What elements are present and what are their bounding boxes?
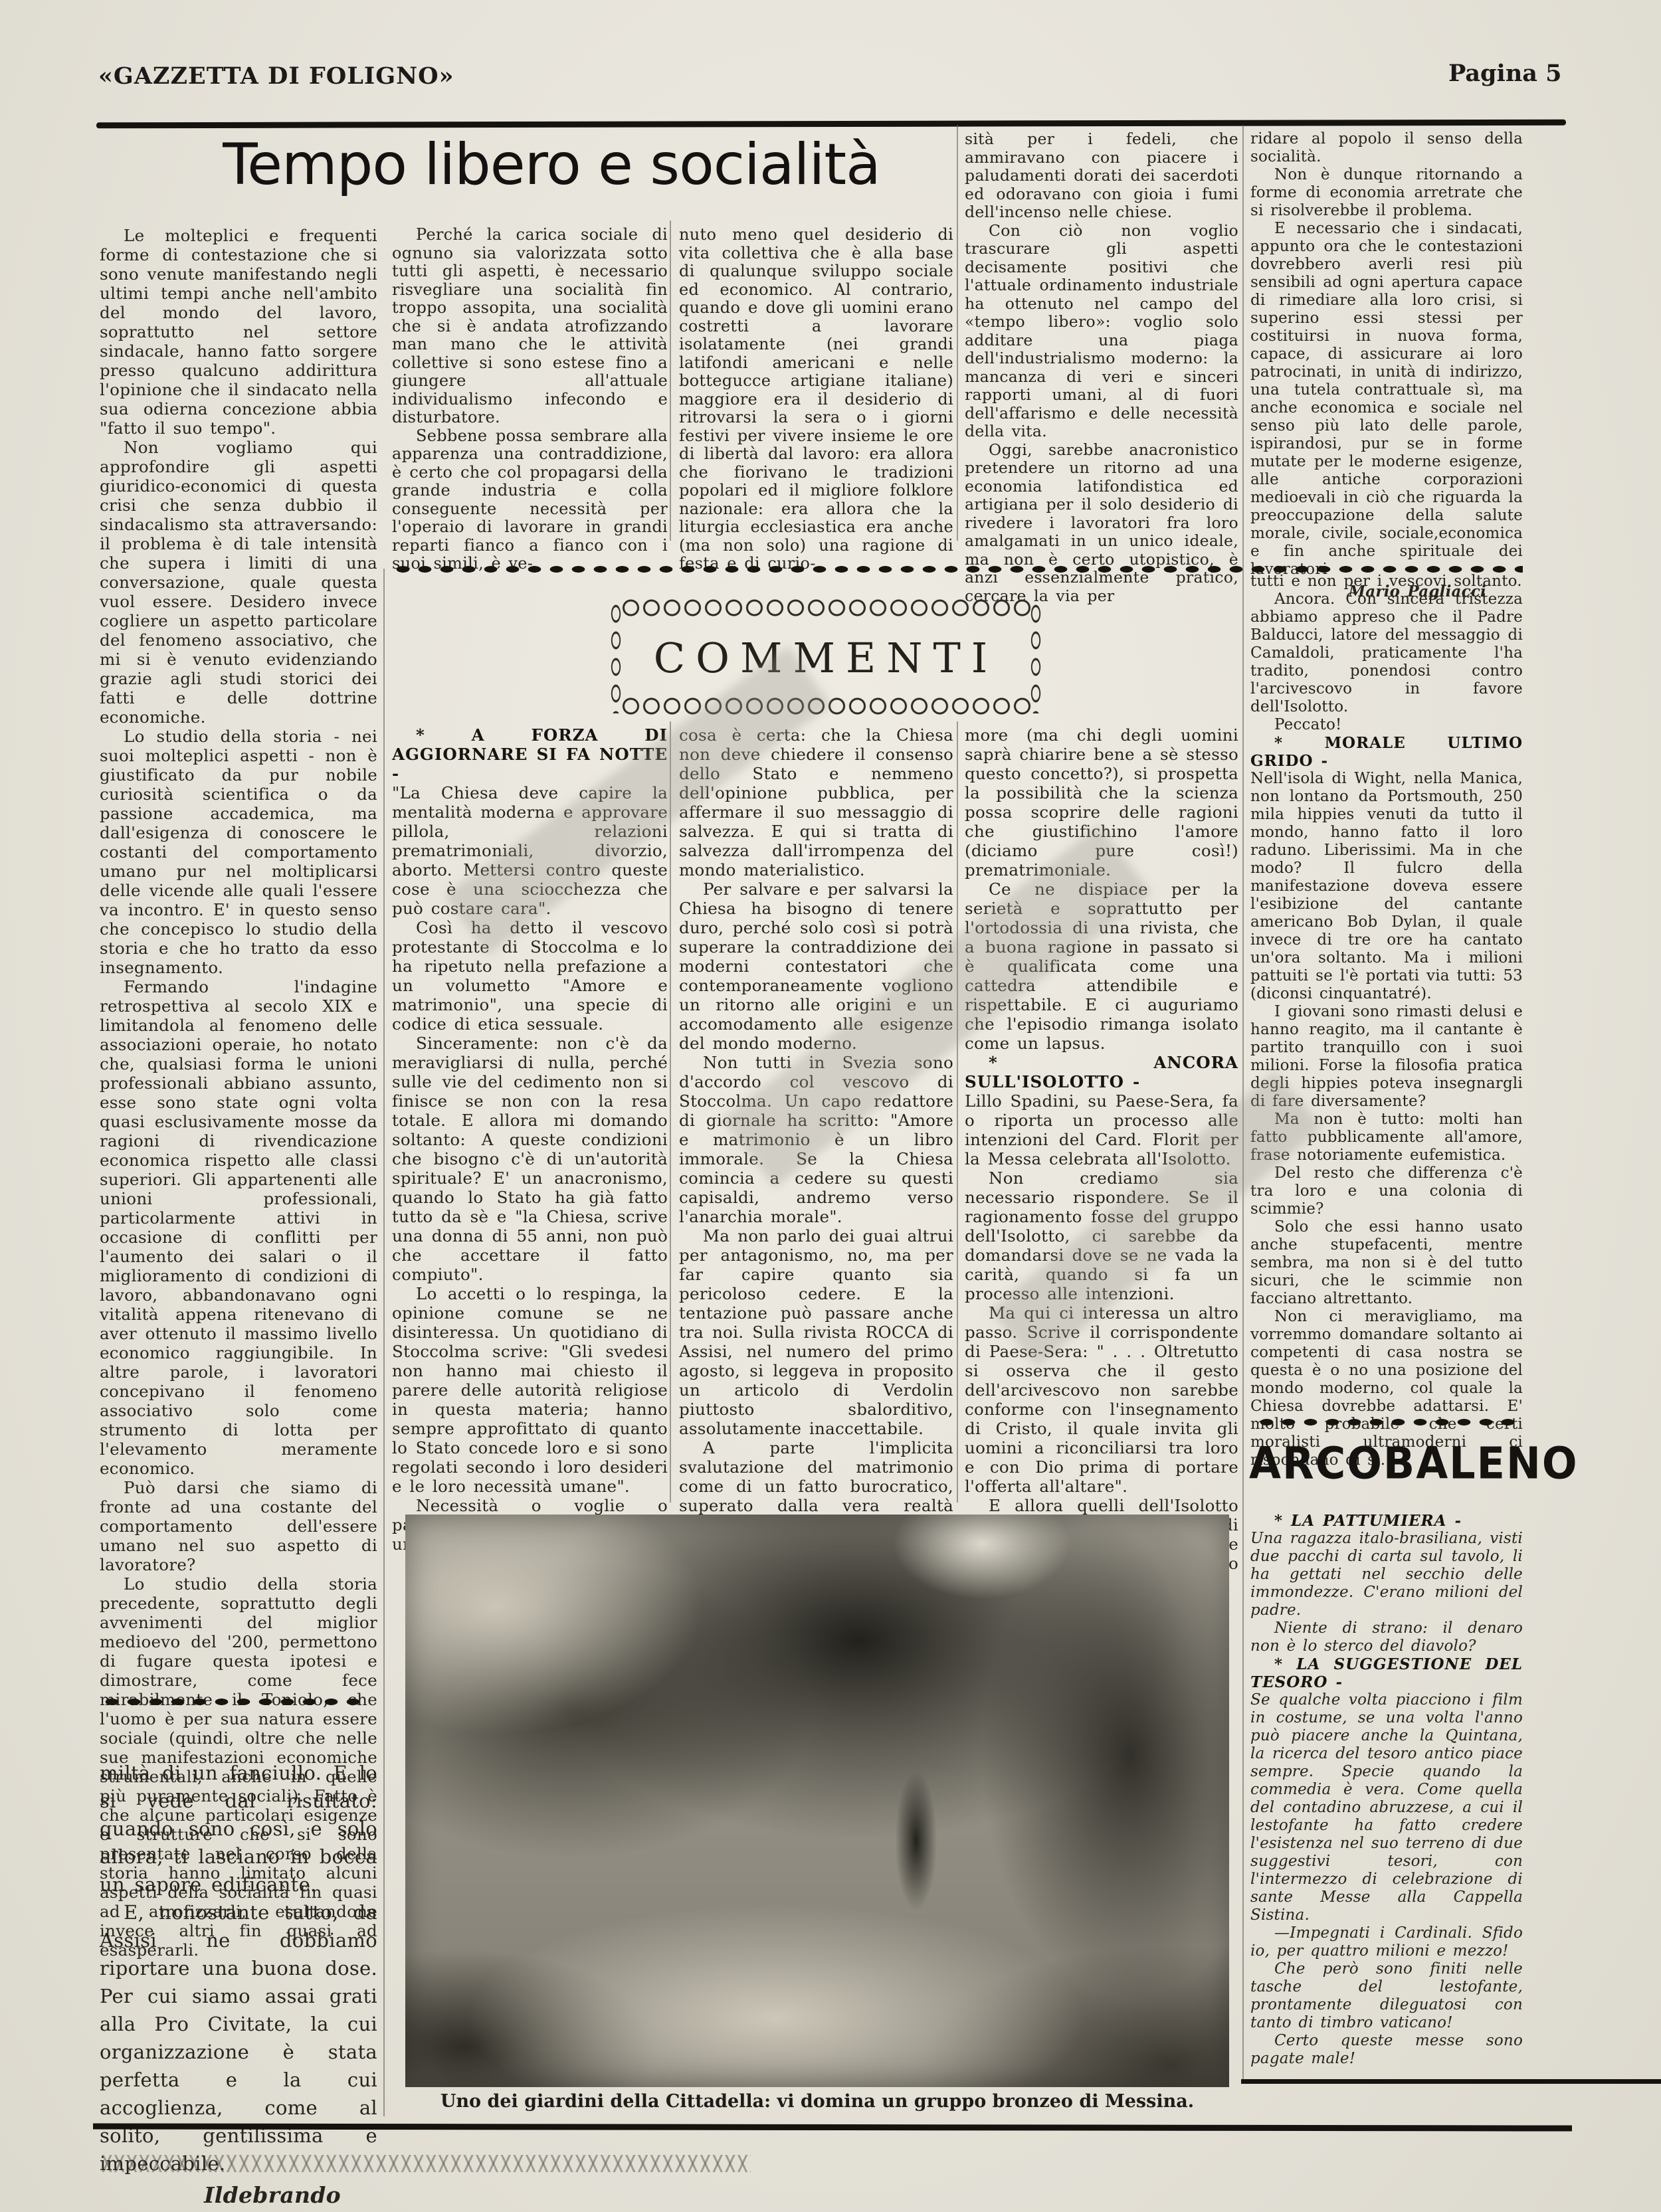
article-column-5: ridare al popolo il senso della socialit…: [1250, 130, 1523, 600]
torn-edge-marks: [100, 2155, 751, 2172]
paragraph: E, nonostante tutto, da Assisi ne dobbia…: [100, 1898, 377, 2177]
paragraph: ridare al popolo il senso della socialit…: [1250, 130, 1523, 166]
paragraph: Solo che essi hanno usato anche stupefac…: [1250, 1218, 1523, 1308]
paragraph: Ma qui ci interessa un altro passo. Scri…: [965, 1303, 1238, 1496]
ovals-divider: [1256, 1416, 1521, 1428]
masthead: «GAZZETTA DI FOLIGNO»: [98, 62, 454, 90]
photo-caption: Uno dei giardini della Cittadella: vi do…: [405, 2091, 1229, 2112]
paragraph: Lo studio della storia - nei suoi moltep…: [100, 727, 377, 977]
commenti-title: COMMENTI: [610, 634, 1042, 682]
paragraph: Sinceramente: non c'è da meravigliarsi d…: [392, 1034, 668, 1284]
paragraph: Se qualche volta piacciono i film in cos…: [1250, 1691, 1523, 1924]
paragraph: Oggi, sarebbe anacronistico pretendere u…: [965, 441, 1238, 606]
paragraph: Fermando l'indagine retrospettiva al sec…: [100, 977, 377, 1478]
paragraph: Così ha detto il vescovo protestante di …: [392, 918, 668, 1034]
bottom-left-column: miltà di un fanciullo. E lo si vede dal …: [100, 1759, 377, 2209]
paragraph: Non vogliamo qui approfondire gli aspett…: [100, 438, 377, 727]
paragraph: Le molteplici e frequenti forme di conte…: [100, 226, 377, 438]
paragraph: sità per i fedeli, che ammiravano con pi…: [965, 130, 1238, 222]
arcobaleno-heading: * LA PATTUMIERA -: [1250, 1512, 1523, 1530]
article-headline: Tempo libero e socialità: [140, 132, 963, 198]
article-column-4: sità per i fedeli, che ammiravano con pi…: [965, 130, 1238, 605]
column-rule: [957, 721, 958, 1503]
arcobaleno-heading: * LA SUGGESTIONE DEL TESORO -: [1250, 1655, 1523, 1691]
arcobaleno-title: ARCOBALENO: [1249, 1437, 1523, 1489]
arcobaleno-column: * LA PATTUMIERA - Una ragazza italo-bras…: [1250, 1512, 1523, 2068]
paragraph: Perché la carica sociale di ognuno sia v…: [392, 226, 668, 427]
author-signature: Ildebrando: [100, 2181, 377, 2209]
paragraph: Con ciò non voglio trascurare gli aspett…: [965, 222, 1238, 441]
column-rule: [383, 569, 385, 2116]
paragraph: tutti e non per i vescovi soltanto.: [1250, 573, 1523, 591]
commenti-column-4: tutti e non per i vescovi soltanto. Anco…: [1250, 573, 1523, 1469]
commenti-heading: * ANCORA SULL'ISOLOTTO -: [965, 1053, 1238, 1091]
paragraph: nuto meno quel desiderio di vita collett…: [679, 226, 953, 573]
article-column-2: Perché la carica sociale di ognuno sia v…: [392, 226, 668, 573]
paragraph: Lo accetti o lo respinga, la opinione co…: [392, 1284, 668, 1496]
paragraph: Non è dunque ritornando a forme di econo…: [1250, 166, 1523, 220]
ovals-divider: [101, 1696, 365, 1708]
column-rule: [670, 221, 671, 541]
paragraph: Una ragazza italo-brasiliana, visti due …: [1250, 1530, 1523, 1619]
paragraph: miltà di un fanciullo. E lo si vede dal …: [100, 1759, 377, 1898]
paragraph: Nell'isola di Wight, nella Manica, non l…: [1250, 770, 1523, 1003]
newspaper-page: «GAZZETTA DI FOLIGNO» Pagina 5 Tempo lib…: [0, 0, 1661, 2212]
paragraph: Peccato!: [1250, 716, 1523, 734]
column-rule: [670, 721, 671, 1503]
paragraph: Che però sono finiti nelle tasche del le…: [1250, 1960, 1523, 2032]
paragraph: Ancora. Con sincera tristezza abbiamo ap…: [1250, 591, 1523, 716]
paragraph: Del resto che differenza c'è tra loro e …: [1250, 1164, 1523, 1218]
paragraph: Niente di strano: il denaro non è lo ste…: [1250, 1619, 1523, 1655]
paragraph: Certo queste messe sono pagate male!: [1250, 2032, 1523, 2068]
column-rule: [957, 125, 958, 541]
chain-border-top: [621, 598, 1031, 618]
paragraph: Ma non parlo dei guai altrui per antagon…: [679, 1226, 953, 1438]
page-number: Pagina 5: [1448, 60, 1562, 87]
paragraph: Sebbene possa sembrare alla apparenza un…: [392, 427, 668, 573]
article-column-3: nuto meno quel desiderio di vita collett…: [679, 226, 953, 573]
bottom-rule-right: [1241, 2079, 1661, 2084]
header-rule: [96, 120, 1566, 129]
garden-photo: [405, 1515, 1229, 2087]
paragraph: E necessario che i sindacati, appunto or…: [1250, 220, 1523, 579]
paragraph: —Impegnati i Cardinali. Sfido io, per qu…: [1250, 1924, 1523, 1960]
paragraph: Può darsi che siamo di fronte ad una cos…: [100, 1478, 377, 1574]
commenti-heading: * MORALE ULTIMO GRIDO -: [1250, 734, 1523, 770]
